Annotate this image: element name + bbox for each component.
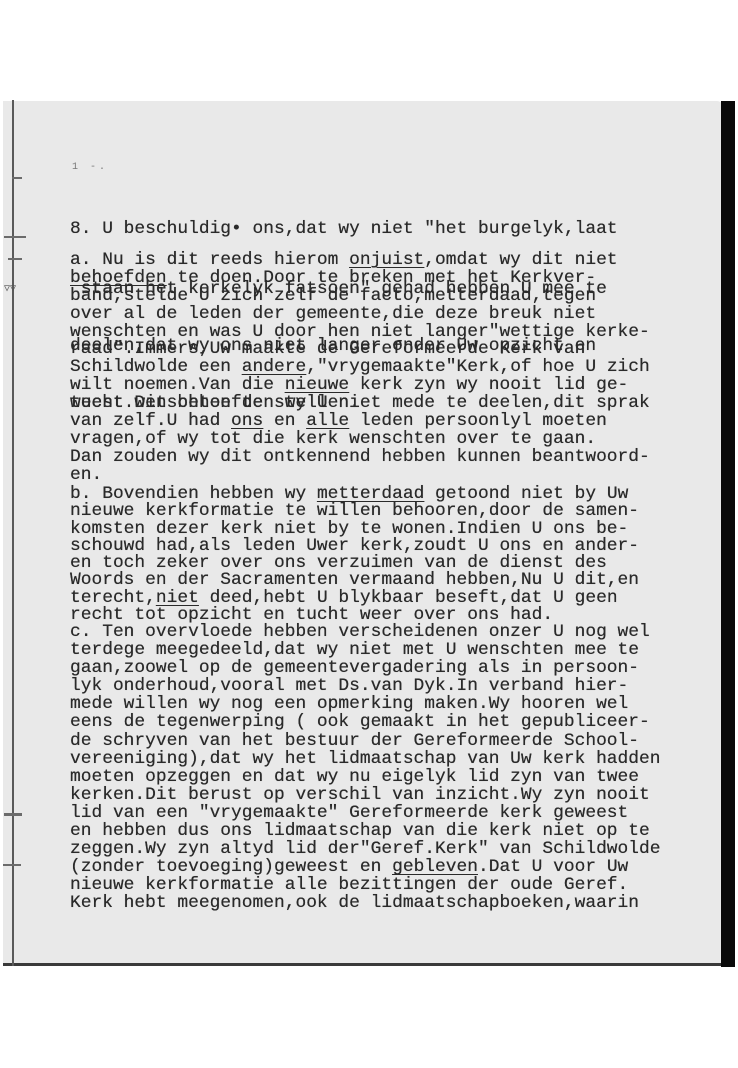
binding-line — [12, 100, 14, 966]
text-run: moeten opzeggen en dat wy nu eigelyk lid… — [70, 767, 639, 787]
text-line: eens de tegenwerping ( ook gemaakt in he… — [70, 713, 690, 731]
text-run: de schryven van het bestuur der Gereform… — [70, 731, 639, 751]
margin-tick — [4, 813, 22, 816]
text-run: (zonder toevoeging)geweest en — [70, 857, 392, 877]
margin-tick — [12, 177, 22, 179]
margin-tick — [4, 236, 26, 238]
text-line: zeggen.Wy zyn altyd lid der"Geref.Kerk" … — [70, 840, 690, 858]
text-run: vereeniging),dat wy het lidmaatschap van… — [70, 749, 661, 769]
text-run: mede willen wy nog een opmerking maken.W… — [70, 694, 628, 714]
text-line: lyk onderhoud,vooral met Ds.van Dyk.In v… — [70, 677, 690, 695]
margin-tick — [8, 258, 22, 260]
text-line: moeten opzeggen en dat wy nu eigelyk lid… — [70, 768, 690, 786]
text-line: Kerk hebt meegenomen,ook de lidmaatschap… — [70, 894, 690, 912]
underlined-word: gebleven — [392, 857, 478, 877]
text-line: lid van een "vrygemaakte" Gereformeerde … — [70, 804, 690, 822]
page-shadow-edge — [721, 101, 735, 967]
text-line: mede willen wy nog een opmerking maken.W… — [70, 695, 690, 713]
section-a: a. Nu is dit reeds hierom onjuist,omdat … — [70, 252, 690, 485]
text-line: en hebben dus ons lidmaatschap van die k… — [70, 822, 690, 840]
text-run: eens de tegenwerping ( ook gemaakt in he… — [70, 712, 650, 732]
margin-mark: ▽▽ — [4, 285, 16, 295]
margin-tick — [3, 864, 21, 866]
text-line: (zonder toevoeging)geweest en gebleven.D… — [70, 858, 690, 876]
text-run: Dan zouden wy dit ontkennend hebben kunn… — [70, 447, 650, 467]
text-run: nieuwe kerkformatie alle bezittingen der… — [70, 875, 628, 895]
section-c: c. Ten overvloede hebben verscheidenen o… — [70, 623, 690, 913]
text-line: 8. U beschuldig• ons,dat wy niet "het bu… — [70, 218, 690, 240]
text-line: vereeniging),dat wy het lidmaatschap van… — [70, 750, 690, 768]
text-run: Kerk hebt meegenomen,ook de lidmaatschap… — [70, 893, 639, 913]
text-run: .Dat U voor Uw — [478, 857, 628, 877]
text-run: kerken.Dit berust op verschil van inzich… — [70, 785, 650, 805]
page-number-mark: 1 -. — [72, 162, 108, 173]
section-b: b. Bovendien hebben wy metterdaad getoon… — [70, 486, 690, 624]
text-line: en. — [70, 467, 690, 485]
page-bottom-edge — [3, 963, 721, 966]
text-line: de schryven van het bestuur der Gereform… — [70, 732, 690, 750]
text-run: lid van een "vrygemaakte" Gereformeerde … — [70, 803, 628, 823]
text-run: c. Ten overvloede hebben verscheidenen o… — [70, 622, 650, 642]
text-line: terdege meegedeeld,dat wy niet met U wen… — [70, 641, 690, 659]
text-run: en hebben dus ons lidmaatschap van die k… — [70, 821, 650, 841]
text-line: Dan zouden wy dit ontkennend hebben kunn… — [70, 449, 690, 467]
text-line: kerken.Dit berust op verschil van inzich… — [70, 786, 690, 804]
text-run: gaan,zoowel op de gemeentevergadering al… — [70, 658, 639, 678]
text-line: nieuwe kerkformatie alle bezittingen der… — [70, 876, 690, 894]
text-run: terdege meegedeeld,dat wy niet met U wen… — [70, 640, 639, 660]
text-run: zeggen.Wy zyn altyd lid der"Geref.Kerk" … — [70, 839, 661, 859]
text-line: gaan,zoowel op de gemeentevergadering al… — [70, 659, 690, 677]
text-line: c. Ten overvloede hebben verscheidenen o… — [70, 623, 690, 641]
text-run: en. — [70, 465, 102, 485]
text-run: lyk onderhoud,vooral met Ds.van Dyk.In v… — [70, 676, 628, 696]
